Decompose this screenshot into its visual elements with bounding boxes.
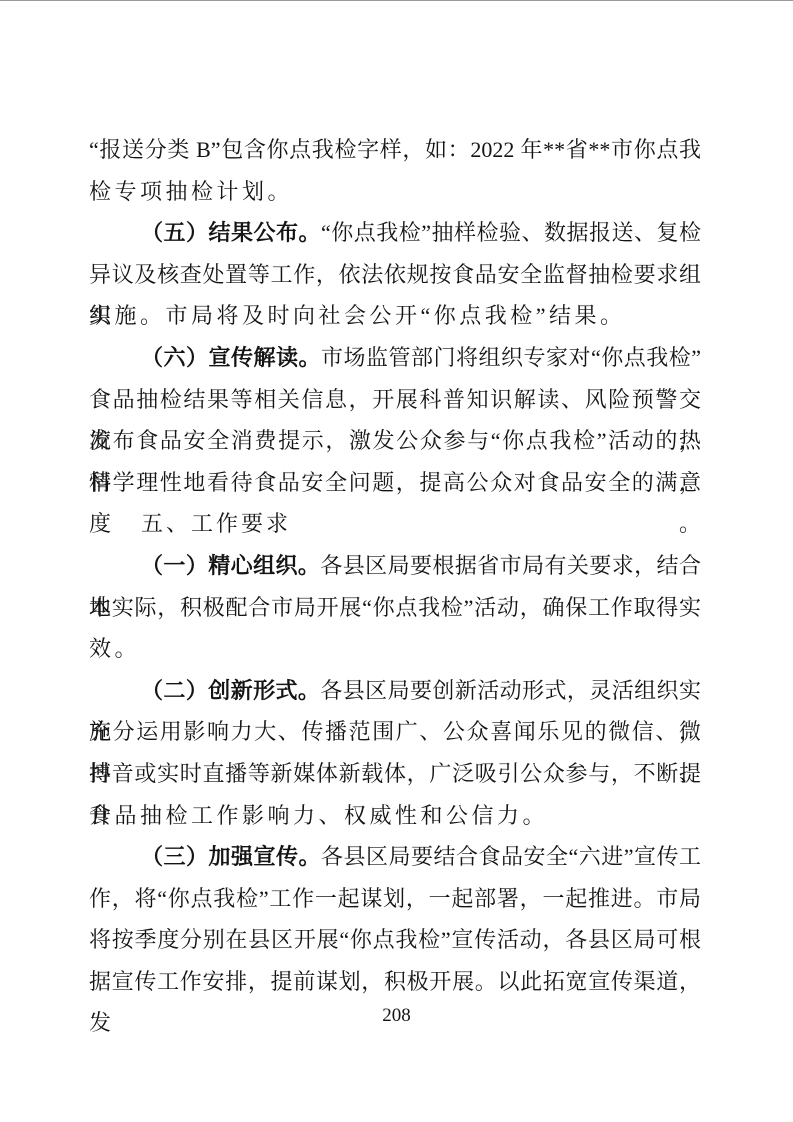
text-line: 据宣传工作安排，提前谋划，积极开展。以此拓宽宣传渠道，发 bbox=[89, 961, 701, 1003]
line-text: 实施。市局将及时向社会公开“你点我检”结果。 bbox=[89, 303, 626, 328]
line-text: 地实际，积极配合市局开展“你点我检”活动，确保工作取得实 bbox=[89, 595, 701, 620]
paragraph-lead: （三）加强宣传。 bbox=[141, 844, 321, 869]
text-line: 异议及核查处置等工作，依法依规按食品安全监督抽检要求组织 bbox=[89, 254, 701, 296]
text-line: 充分运用影响力大、传播范围广、公众喜闻乐见的微信、微博、 bbox=[89, 711, 701, 753]
text-line: 效。 bbox=[89, 628, 701, 670]
line-text: 将按季度分别在县区开展“你点我检”宣传活动，各县区局可根 bbox=[89, 927, 701, 952]
line-text: “你点我检”抽样检验、数据报送、复检 bbox=[321, 220, 701, 245]
page-number: 208 bbox=[0, 1001, 793, 1031]
text-line: 发布食品安全消费提示，激发公众参与“你点我检”活动的热情， bbox=[89, 420, 701, 462]
text-line: （三）加强宣传。各县区局要结合食品安全“六进”宣传工 bbox=[89, 836, 701, 878]
line-text: 效。 bbox=[89, 636, 140, 661]
text-line: 作，将“你点我检”工作一起谋划，一起部署，一起推进。市局 bbox=[89, 878, 701, 920]
line-text: 检专项抽检计划。 bbox=[89, 179, 293, 204]
paragraph-lead: （二）创新形式。 bbox=[141, 678, 320, 703]
line-text: 各县区局要结合食品安全“六进”宣传工 bbox=[321, 844, 701, 869]
paragraph-lead: （六）宣传解读。 bbox=[141, 345, 321, 370]
line-text: 食品抽检工作影响力、权威性和公信力。 bbox=[89, 803, 548, 828]
text-line: 检专项抽检计划。 bbox=[89, 171, 701, 213]
heading-text: 五、工作要求 bbox=[141, 511, 291, 536]
text-line: 食品抽检结果等相关信息，开展科普知识解读、风险预警交流， bbox=[89, 379, 701, 421]
text-line: “报送分类 B”包含你点我检字样，如：2022 年**省**市你点我 bbox=[89, 129, 701, 171]
document-text-block: “报送分类 B”包含你点我检字样，如：2022 年**省**市你点我 检专项抽检… bbox=[89, 129, 701, 1002]
text-line: （五）结果公布。“你点我检”抽样检验、数据报送、复检 bbox=[89, 212, 701, 254]
document-page: “报送分类 B”包含你点我检字样，如：2022 年**省**市你点我 检专项抽检… bbox=[0, 0, 793, 1122]
text-line: 地实际，积极配合市局开展“你点我检”活动，确保工作取得实 bbox=[89, 587, 701, 629]
text-line: （一）精心组织。各县区局要根据省市局有关要求，结合本 bbox=[89, 545, 701, 587]
text-line: （六）宣传解读。市场监管部门将组织专家对“你点我检” bbox=[89, 337, 701, 379]
scan-edge-line bbox=[0, 0, 793, 1]
line-text: 市场监管部门将组织专家对“你点我检” bbox=[321, 345, 701, 370]
text-line: 科学理性地看待食品安全问题，提高公众对食品安全的满意度。 bbox=[89, 462, 701, 504]
line-text: “报送分类 B”包含你点我检字样，如：2022 年**省**市你点我 bbox=[89, 137, 701, 162]
text-line: 将按季度分别在县区开展“你点我检”宣传活动，各县区局可根 bbox=[89, 919, 701, 961]
text-line: 食品抽检工作影响力、权威性和公信力。 bbox=[89, 795, 701, 837]
line-text: 作，将“你点我检”工作一起谋划，一起部署，一起推进。市局 bbox=[89, 886, 701, 911]
paragraph-lead: （一）精心组织。 bbox=[141, 553, 320, 578]
paragraph-lead: （五）结果公布。 bbox=[141, 220, 321, 245]
text-line: 抖音或实时直播等新媒体新载体，广泛吸引公众参与，不断提升 bbox=[89, 753, 701, 795]
text-line: （二）创新形式。各县区局要创新活动形式，灵活组织实施， bbox=[89, 670, 701, 712]
text-line: 实施。市局将及时向社会公开“你点我检”结果。 bbox=[89, 295, 701, 337]
